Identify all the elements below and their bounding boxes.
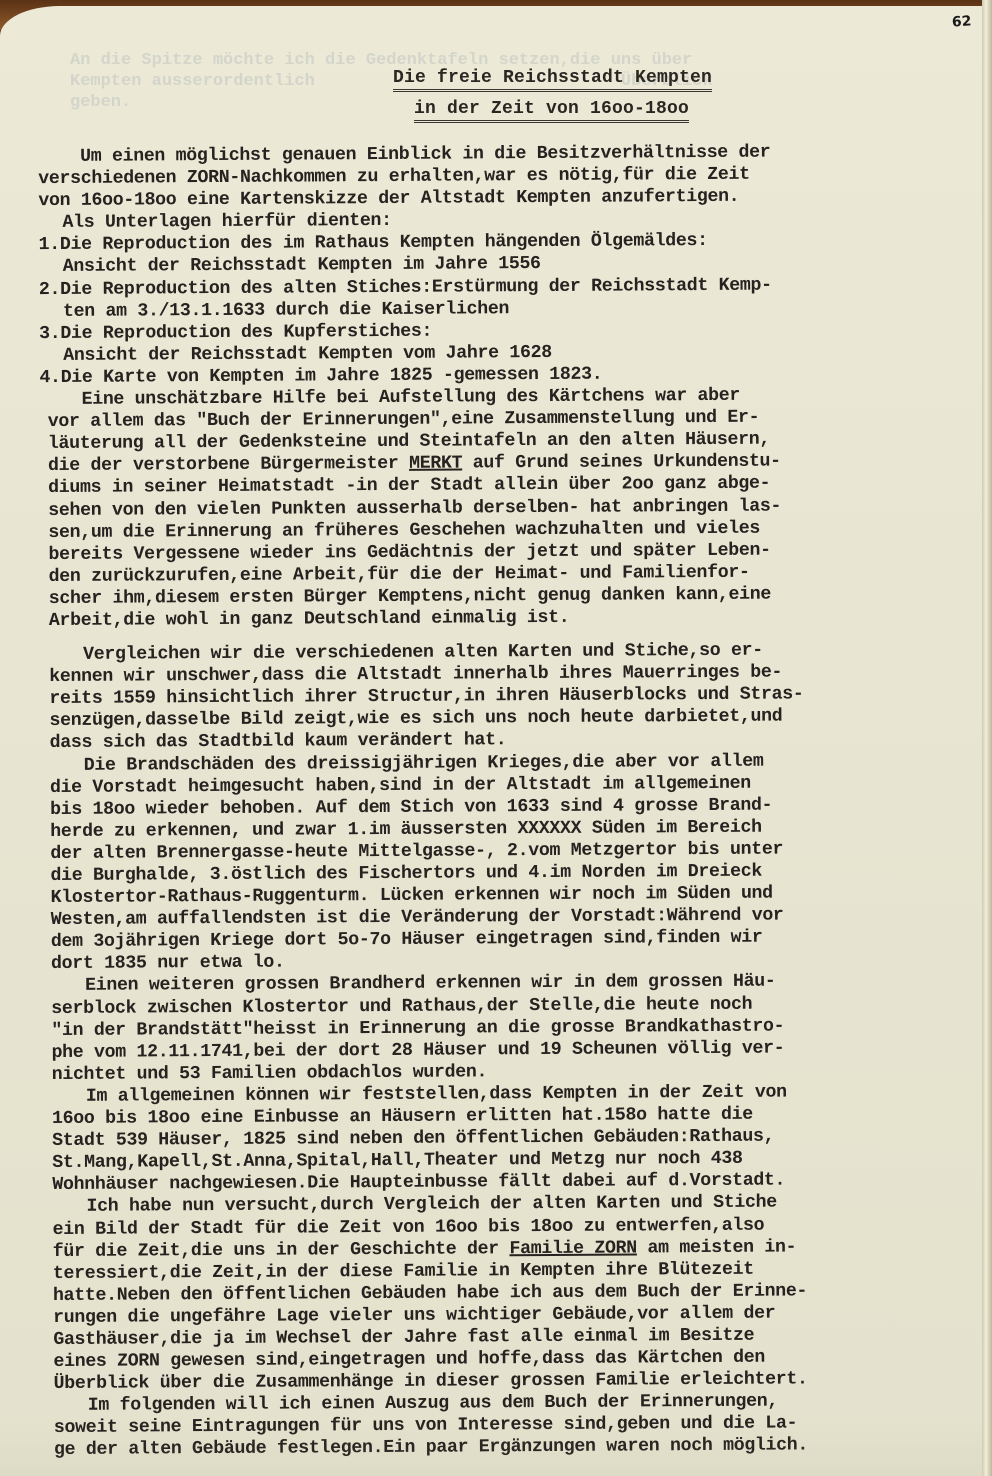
page-shadow [0, 1416, 985, 1476]
list-text: Die Karte von Kempten im Jahre 1825 -gem… [61, 365, 603, 388]
paragraph-brandschaeden: Die Brandschäden des dreissigjährigen Kr… [56, 749, 985, 976]
document-title: Die freie Reichsstadt Kempten in der Zei… [0, 68, 985, 130]
source-list: 1.Die Reproduction des im Rathaus Kempte… [53, 229, 985, 389]
list-item: 3.Die Reproduction des Kupferstiches: An… [53, 317, 985, 367]
list-number: 2. [39, 280, 60, 300]
document-body: Um einen möglichst genauen Einblick in d… [52, 140, 985, 1461]
paragraph-intro: Um einen möglichst genauen Einblick in d… [52, 140, 985, 234]
list-text: Die Reproduction des Kupferstiches: [60, 321, 432, 343]
list-item: 1.Die Reproduction des im Rathaus Kempte… [53, 229, 985, 279]
list-text: Die Reproduction des im Rathaus Kempten … [60, 231, 708, 255]
page-number: 62 [951, 13, 972, 30]
underlined-term: MERKT [409, 454, 462, 474]
paragraph-vergleichen: Vergleichen wir die verschiedenen alten … [55, 638, 985, 754]
title-line-1: Die freie Reichsstadt Kempten [393, 68, 712, 92]
list-number: 1. [39, 235, 60, 255]
underlined-term: Familie ZORN [509, 1238, 637, 1259]
paragraph-brandherd: Einen weiteren grossen Brandherd erkenne… [57, 970, 985, 1086]
paragraph-kartenskizze: Ich habe nun versucht,durch Vergleich de… [58, 1191, 985, 1396]
list-item: 2.Die Reproduction des alten Stiches:Ers… [53, 273, 985, 323]
page-edge [982, 0, 992, 1476]
title-line-2: in der Zeit von 16oo-18oo [414, 99, 689, 123]
paragraph-buch-der-erinnerungen: Eine unschätzbare Hilfe bei Aufstellung … [53, 383, 985, 632]
list-text: Die Reproduction des alten Stiches:Erstü… [60, 275, 772, 299]
document-page: An die Spitze möchte ich die Gedenktafel… [0, 6, 985, 1476]
list-number: 4. [39, 368, 60, 388]
list-number: 3. [39, 324, 60, 344]
paragraph-einbusse: Im allgemeinen können wir feststellen,da… [58, 1080, 985, 1196]
